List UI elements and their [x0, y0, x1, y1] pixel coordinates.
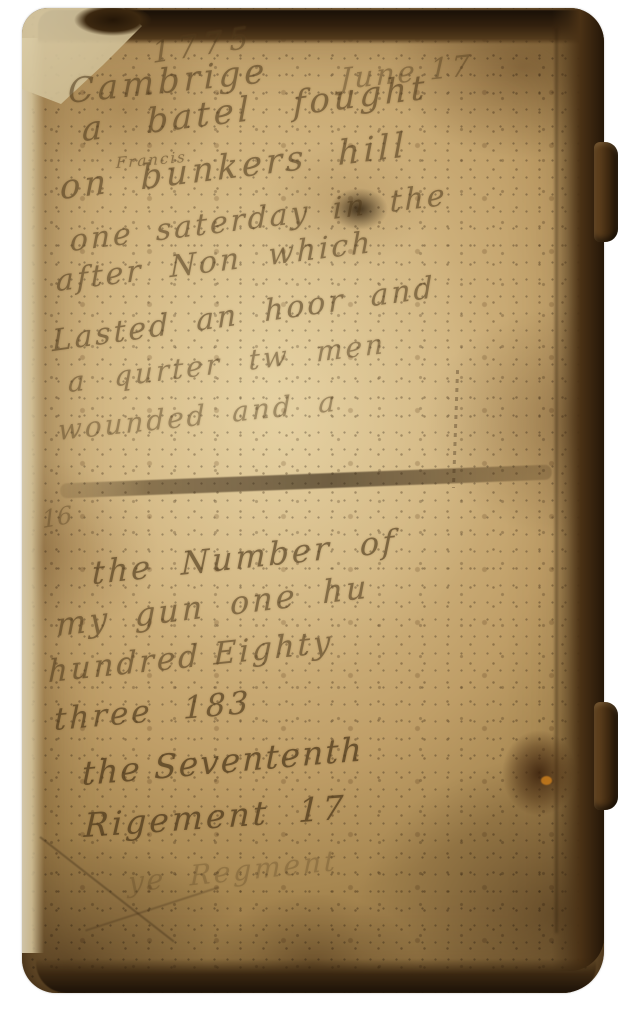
manuscript-line-margin-number: 16	[41, 501, 73, 534]
torn-dark-fragment	[74, 8, 152, 36]
leather-clasp-upper	[594, 142, 618, 242]
book-cover: 1775 Cambrige June 17 a batel fought Fra…	[22, 8, 604, 993]
orange-rust-fleck	[541, 776, 552, 785]
rust-stain	[502, 730, 576, 816]
leather-clasp-lower	[594, 702, 618, 810]
manuscript-photo: 1775 Cambrige June 17 a batel fought Fra…	[0, 0, 620, 1019]
dark-leather-bottom-edge	[36, 959, 596, 993]
frayed-left-edge	[22, 38, 44, 953]
